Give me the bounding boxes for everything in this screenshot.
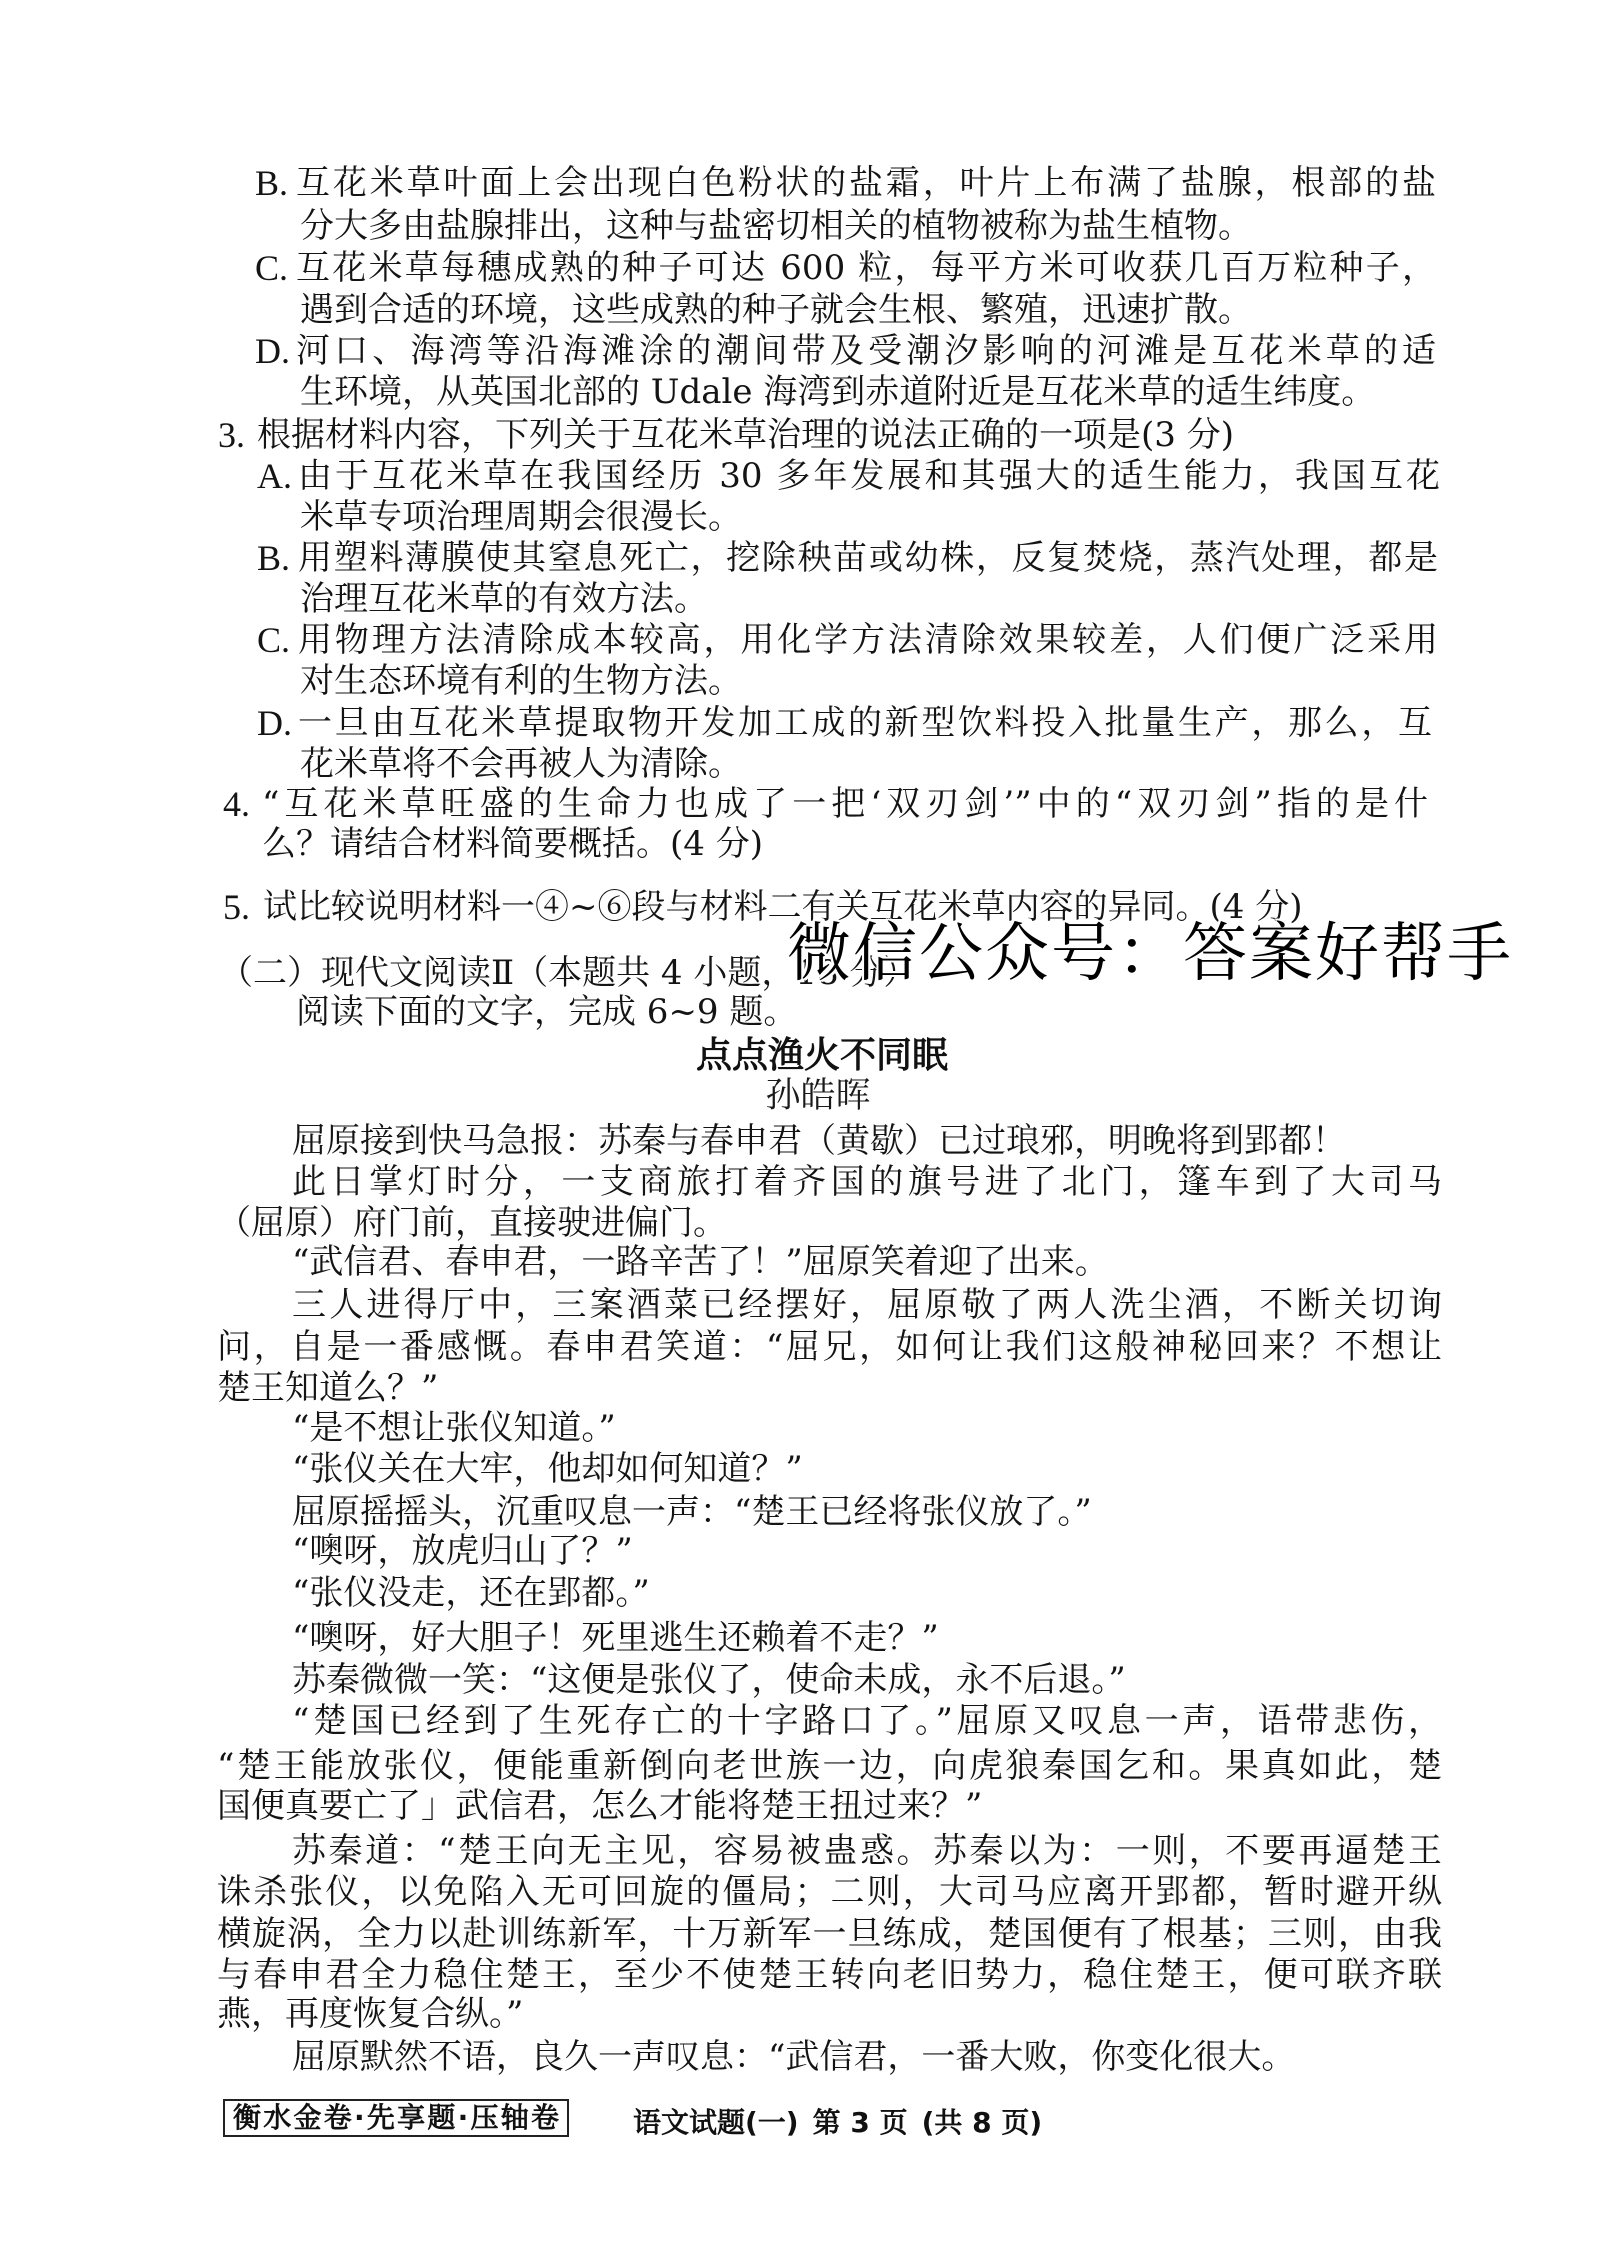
footer-page-info: 语文试题(一)第 3 页(共 8 页): [633, 2102, 1056, 2144]
story-line: “张仪关在大牢，他却如何知道？”: [292, 1448, 803, 1490]
option-c-line: 对生态环境有利的生物方法。: [300, 660, 742, 702]
story-line: “噢呀，放虎归山了？”: [292, 1530, 633, 1572]
option-c-line: 遇到合适的环境，这些成熟的种子就会生根、繁殖，迅速扩散。: [300, 289, 1252, 331]
exam-page: B. 互花米草叶面上会出现白色粉状的盐霜，叶片上布满了盐腺，根部的盐 分大多由盐…: [0, 0, 1600, 2253]
story-line: （屈原）府门前，直接驶进偏门。: [217, 1202, 727, 1244]
story-line: “楚国已经到了生死存亡的十字路口了。”屈原又叹息一声，语带悲伤，: [292, 1700, 1442, 1742]
story-line: 屈原接到快马急报：苏秦与春申君（黄歇）已过琅邪，明晚将到郢都！: [292, 1120, 1346, 1162]
story-line: 屈原默然不语，良久一声叹息：“武信君，一番大败，你变化很大。: [292, 2036, 1295, 2078]
option-b-line: 治理互花米草的有效方法。: [300, 578, 708, 620]
story-line: 苏秦道：“楚王向无主见，容易被蛊惑。苏秦以为：一则，不要再逼楚王: [292, 1830, 1442, 1872]
story-line: 与春申君全力稳住楚王，至少不使楚王转向老旧势力，稳住楚王，便可联齐联: [217, 1954, 1442, 1996]
option-label-c: C.: [257, 619, 290, 661]
option-d-line: 花米草将不会再被人为清除。: [300, 743, 742, 785]
story-line: 诛杀张仪，以免陷入无可回旋的僵局；二则，大司马应离开郢都，暂时避开纵: [217, 1871, 1442, 1913]
option-label-c: C.: [255, 247, 288, 289]
question-stem-line: “互花米草旺盛的生命力也成了一把‘双刃剑’”中的“双刃剑”指的是什: [262, 783, 1428, 825]
story-line: 燕，再度恢复合纵。”: [217, 1993, 523, 2035]
question-number: 5.: [223, 886, 250, 928]
story-line: “楚王能放张仪，便能重新倒向老世族一边，向虎狼秦国乞和。果真如此，楚: [217, 1745, 1442, 1787]
option-a-line: 米草专项治理周期会很漫长。: [300, 496, 742, 538]
option-c-line: 用物理方法清除成本较高，用化学方法清除效果较差，人们便广泛采用: [298, 619, 1438, 661]
option-b-line: 用塑料薄膜使其窒息死亡，挖除秧苗或幼株，反复焚烧，蒸汽处理，都是: [298, 537, 1438, 579]
footer-series-box: 衡水金卷·先享题·压轴卷: [223, 2099, 569, 2137]
story-line: 屈原摇摇头，沉重叹息一声：“楚王已经将张仪放了。”: [292, 1491, 1092, 1533]
option-d-line: 一旦由互花米草提取物开发加工成的新型饮料投入批量生产，那么，互: [298, 702, 1432, 744]
story-line: “噢呀，好大胆子！死里逃生还赖着不走？”: [292, 1617, 939, 1659]
footer-subject: 语文试题(一): [633, 2106, 799, 2139]
option-b-line: 分大多由盐腺排出，这种与盐密切相关的植物被称为盐生植物。: [300, 205, 1252, 247]
question-number: 4.: [223, 783, 250, 825]
option-label-d: D.: [257, 702, 292, 744]
option-label-a: A.: [257, 455, 292, 497]
footer-page-number: 第 3 页: [813, 2106, 908, 2139]
footer-page-total: (共 8 页): [922, 2106, 1043, 2139]
option-label-d: D.: [255, 330, 290, 372]
option-label-b: B.: [255, 162, 288, 204]
option-a-line: 由于互花米草在我国经历 30 多年发展和其强大的适生能力，我国互花: [298, 455, 1440, 497]
story-author: 孙皓晖: [196, 1075, 1440, 1117]
question-stem-line: 么？请结合材料简要概括。(4 分): [262, 823, 763, 865]
question-stem: 根据材料内容，下列关于互花米草治理的说法正确的一项是(3 分): [257, 414, 1234, 456]
section-instruction: 阅读下面的文字，完成 6~9 题。: [296, 991, 797, 1033]
story-line: 楚王知道么？”: [217, 1367, 438, 1409]
story-line: 问，自是一番感慨。春申君笑道：“屈兄，如何让我们这般神秘回来？不想让: [217, 1326, 1442, 1368]
story-line: 国便真要亡了」武信君，怎么才能将楚王扭过来？”: [217, 1785, 982, 1827]
option-label-b: B.: [257, 537, 290, 579]
story-title: 点点渔火不同眠: [200, 1035, 1444, 1077]
option-b-line: 互花米草叶面上会出现白色粉状的盐霜，叶片上布满了盐腺，根部的盐: [296, 162, 1436, 204]
story-line: 此日掌灯时分，一支商旅打着齐国的旗号进了北门，篷车到了大司马: [292, 1161, 1442, 1203]
footer-series: 衡水金卷·先享题·压轴卷: [233, 2101, 559, 2135]
story-line: “武信君、春申君，一路辛苦了！”屈原笑着迎了出来。: [292, 1241, 1109, 1283]
story-line: “是不想让张仪知道。”: [292, 1407, 616, 1449]
story-line: 苏秦微微一笑：“这便是张仪了，使命未成，永不后退。”: [292, 1659, 1126, 1701]
option-c-line: 互花米草每穗成熟的种子可达 600 粒，每平方米可收获几百万粒种子，: [296, 247, 1436, 289]
story-line: 三人进得厅中，三案酒菜已经摆好，屈原敬了两人洗尘酒，不断关切询: [292, 1284, 1442, 1326]
option-d-line: 河口、海湾等沿海滩涂的潮间带及受潮汐影响的河滩是互花米草的适: [296, 330, 1436, 372]
watermark: 微信公众号：答案好帮手: [787, 921, 1513, 987]
story-line: “张仪没走，还在郢都。”: [292, 1572, 650, 1614]
question-number: 3.: [218, 414, 245, 456]
story-line: 横旋涡，全力以赴训练新军，十万新军一旦练成，楚国便有了根基；三则，由我: [217, 1913, 1442, 1955]
option-d-line: 生环境，从英国北部的 Udale 海湾到赤道附近是互花米草的适生纬度。: [300, 371, 1375, 413]
